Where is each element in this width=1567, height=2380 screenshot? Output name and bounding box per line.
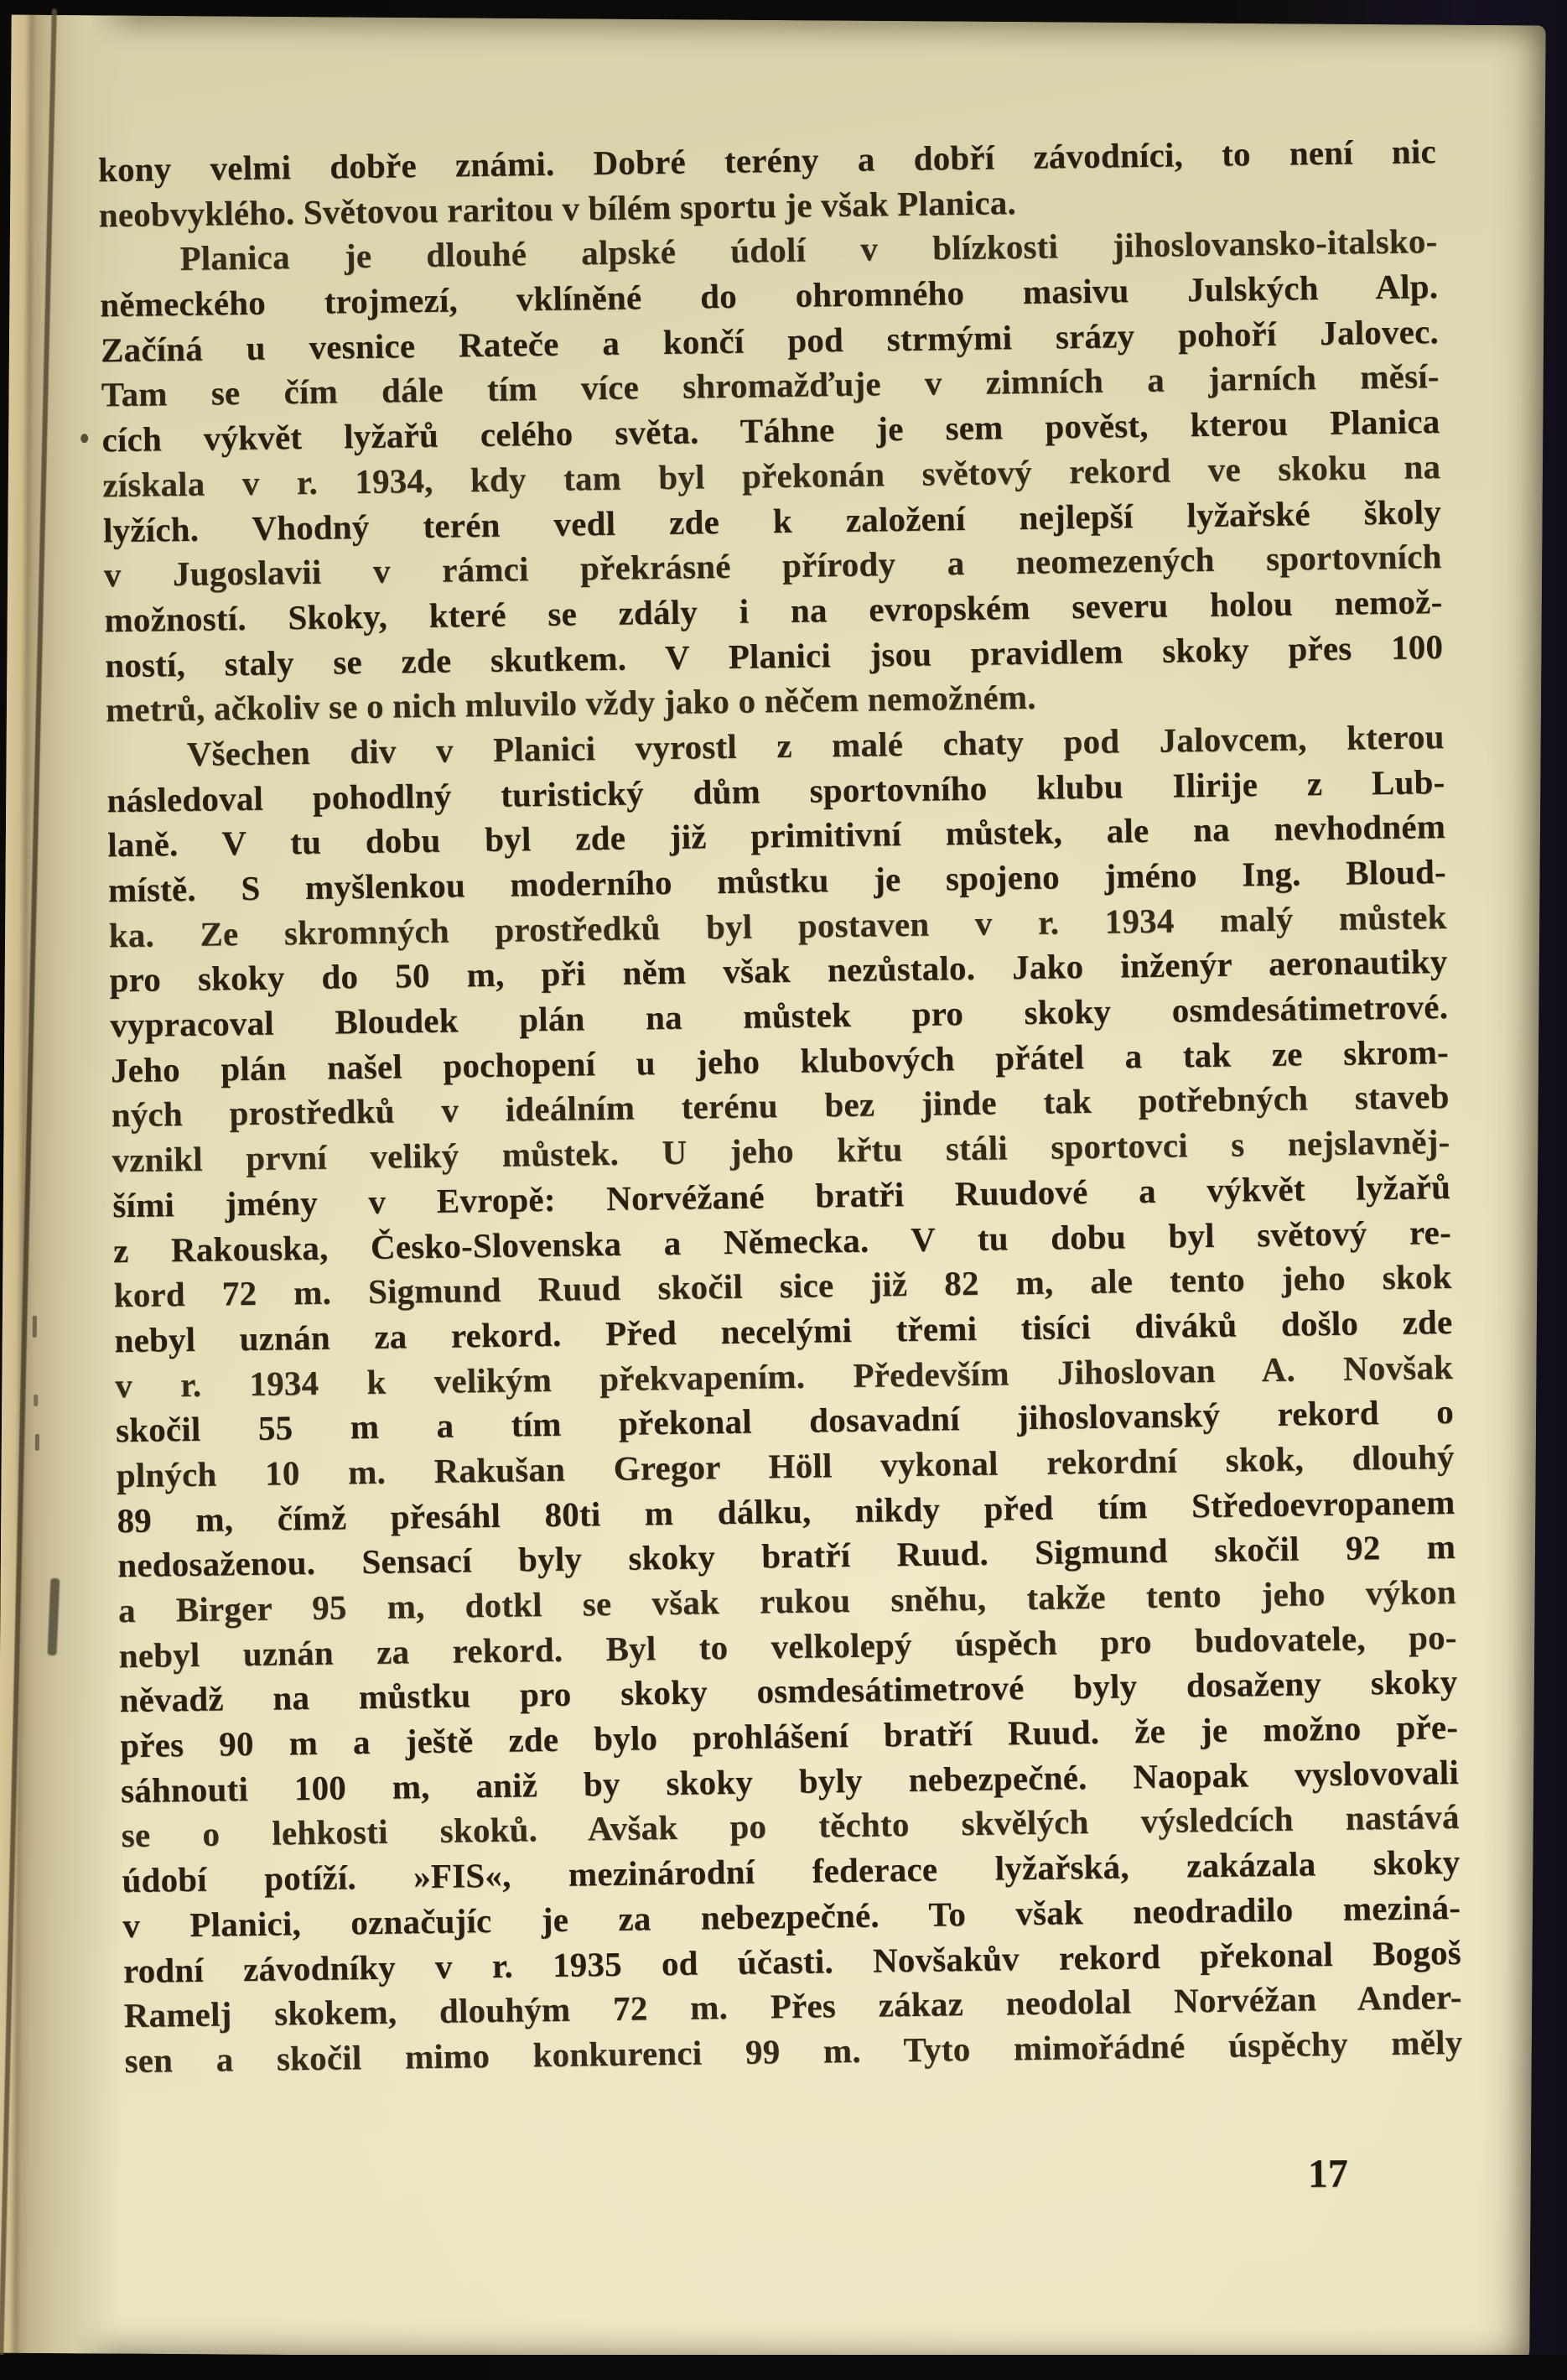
margin-scan-mark	[33, 1316, 37, 1338]
gutter-fold-line	[0, 8, 57, 2359]
margin-scan-mark	[35, 1434, 39, 1451]
book-page: kony velmi dobře známi. Dobré terény a d…	[0, 15, 1546, 2364]
text-lines: kony velmi dobře známi. Dobré terény a d…	[98, 129, 1463, 2084]
margin-scan-mark	[47, 1578, 60, 1655]
margin-ink-speck	[80, 434, 88, 443]
page-number: 17	[1295, 2150, 1362, 2197]
margin-scan-mark	[34, 1395, 38, 1406]
book-scan-background: kony velmi dobře známi. Dobré terény a d…	[0, 0, 1567, 2380]
